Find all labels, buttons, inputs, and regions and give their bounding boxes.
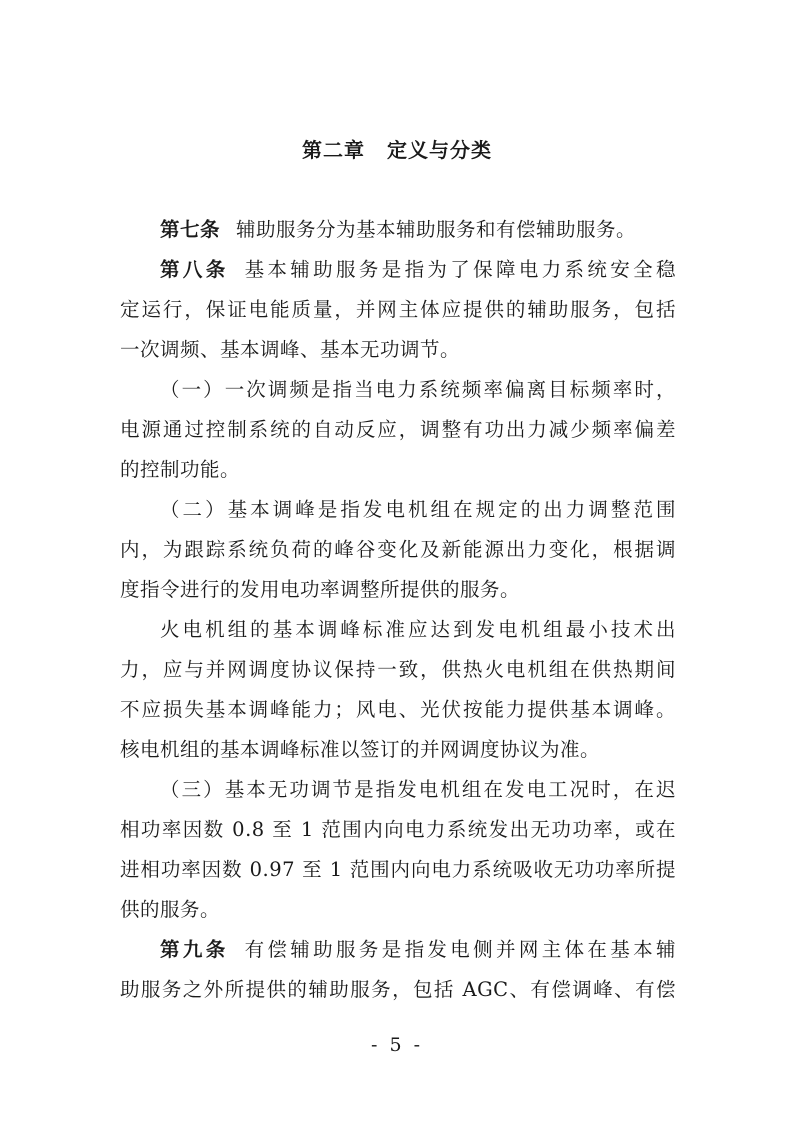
item-3-line-1: （三）基本无功调节是指发电机组在发电工况时，在迟 — [160, 775, 676, 805]
article-label: 第九条 — [160, 938, 229, 961]
item-1-line-3: 的控制功能。 — [120, 455, 676, 485]
item-3-line-4: 供的服务。 — [120, 895, 676, 925]
article-label: 第七条 — [160, 218, 220, 241]
item-3-line-3: 进相功率因数 0.97 至 1 范围内向电力系统吸收无功功率所提 — [120, 855, 676, 885]
thermal-para-line-4: 核电机组的基本调峰标准以签订的并网调度协议为准。 — [120, 735, 676, 765]
item-2-line-2: 内，为跟踪系统负荷的峰谷变化及新能源出力变化，根据调 — [120, 535, 676, 565]
item-2-line-1: （二）基本调峰是指发电机组在规定的出力调整范围 — [160, 495, 676, 525]
thermal-para-line-1: 火电机组的基本调峰标准应达到发电机组最小技术出 — [160, 615, 676, 645]
article-8-line-1: 第八条基本辅助服务是指为了保障电力系统安全稳 — [160, 255, 676, 285]
item-3-line-2: 相功率因数 0.8 至 1 范围内向电力系统发出无功功率，或在 — [120, 815, 676, 845]
item-2-line-3: 度指令进行的发用电功率调整所提供的服务。 — [120, 575, 676, 605]
thermal-para-line-3: 不应损失基本调峰能力；风电、光伏按能力提供基本调峰。 — [120, 695, 676, 725]
thermal-para-line-2: 力，应与并网调度协议保持一致，供热火电机组在供热期间 — [120, 655, 676, 685]
article-8-line-2: 定运行，保证电能质量，并网主体应提供的辅助服务，包括 — [120, 295, 676, 325]
chapter-title: 第二章定义与分类 — [0, 134, 794, 166]
chapter-number: 第二章 — [302, 138, 365, 162]
article-8-line-3: 一次调频、基本调峰、基本无功调节。 — [120, 335, 676, 365]
article-label: 第八条 — [160, 258, 229, 281]
article-9-line-2: 助服务之外所提供的辅助服务，包括 AGC、有偿调峰、有偿 — [120, 975, 676, 1005]
article-text: 基本辅助服务是指为了保障电力系统安全稳 — [245, 258, 676, 281]
document-page: 第二章定义与分类 第七条辅助服务分为基本辅助服务和有偿辅助服务。 第八条基本辅助… — [0, 0, 794, 1123]
page-number: - 5 - — [0, 1031, 794, 1059]
item-1-line-2: 电源通过控制系统的自动反应，调整有功出力减少频率偏差 — [120, 415, 676, 445]
article-text: 有偿辅助服务是指发电侧并网主体在基本辅 — [245, 938, 676, 961]
chapter-name: 定义与分类 — [387, 138, 492, 162]
article-text: 辅助服务分为基本辅助服务和有偿辅助服务。 — [236, 218, 636, 241]
article-9-line-1: 第九条有偿辅助服务是指发电侧并网主体在基本辅 — [160, 935, 676, 965]
article-7: 第七条辅助服务分为基本辅助服务和有偿辅助服务。 — [160, 215, 676, 245]
item-1-line-1: （一）一次调频是指当电力系统频率偏离目标频率时， — [160, 375, 676, 405]
